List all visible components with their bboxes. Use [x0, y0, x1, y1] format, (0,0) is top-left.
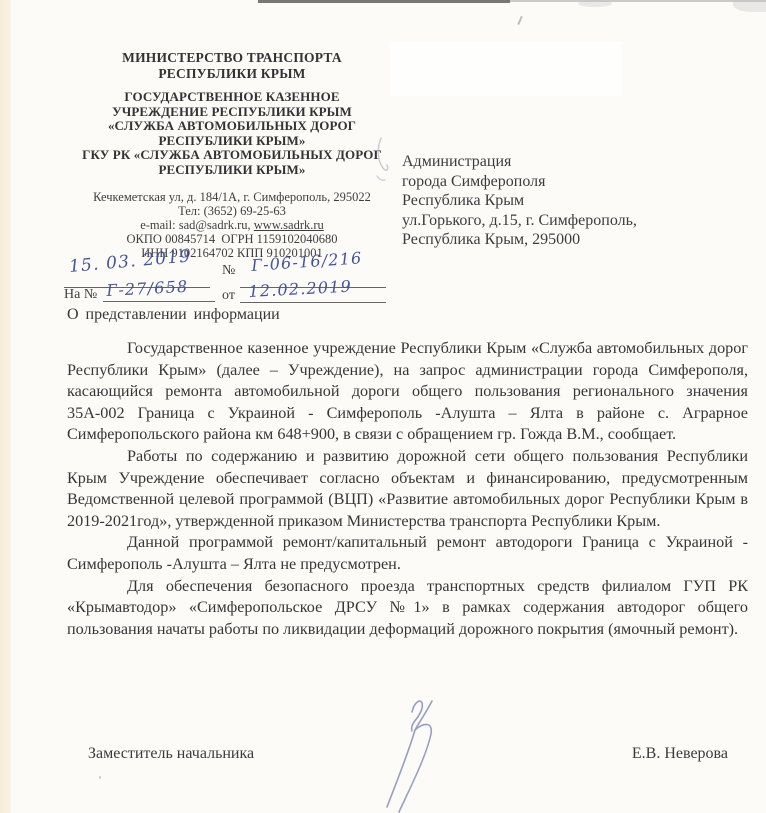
ministry-line: МИНИСТЕРСТВО ТРАНСПОРТА — [58, 50, 406, 66]
signer-position: Заместитель начальника — [67, 745, 254, 763]
handwritten-incoming-number: Г-27/658 — [106, 277, 189, 300]
phone-number: Тел: (3652) 69-25-63 — [58, 204, 406, 218]
organization-line: УЧРЕЖДЕНИЕ РЕСПУБЛИКИ КРЫМ — [58, 105, 406, 120]
organization-line: ГОСУДАРСТВЕННОЕ КАЗЕННОЕ — [58, 90, 406, 105]
from-date-label: от — [222, 288, 235, 304]
body-paragraph: Работы по содержанию и развитию дорожной… — [67, 446, 748, 532]
scan-edge-strip — [0, 0, 11, 813]
website-link: www.sadrk.ru — [254, 218, 324, 232]
scan-correction-patch — [390, 42, 622, 96]
body-paragraph: Государственное казенное учреждение Респ… — [67, 338, 748, 446]
email-line: e-mail: sad@sadrk.ru, www.sadrk.ru — [58, 218, 406, 232]
signer-name: Е.В. Неверова — [632, 745, 748, 763]
letterhead: МИНИСТЕРСТВО ТРАНСПОРТА РЕСПУБЛИКИ КРЫМ … — [58, 50, 406, 261]
scan-artifact-smudge — [733, 0, 766, 12]
email-address: e-mail: sad@sadrk.ru, — [140, 218, 254, 232]
scanned-letter-page: МИНИСТЕРСТВО ТРАНСПОРТА РЕСПУБЛИКИ КРЫМ … — [0, 0, 766, 813]
body-paragraph: Для обеспечения безопасного проезда тран… — [67, 576, 748, 641]
scan-artifact-top-line — [258, 0, 510, 3]
recipient-line: города Симферополя — [402, 172, 637, 192]
ruled-line — [240, 302, 386, 303]
scan-artifact-speck — [517, 16, 522, 25]
postal-address: Кечкеметская ул, д. 184/1А, г. Симферопо… — [58, 190, 406, 204]
ministry-line: РЕСПУБЛИКИ КРЫМ — [58, 66, 406, 82]
ministry-name: МИНИСТЕРСТВО ТРАНСПОРТА РЕСПУБЛИКИ КРЫМ — [58, 50, 406, 81]
scan-artifact-smudge — [578, 0, 612, 7]
scan-artifact-speck — [99, 776, 101, 779]
handwritten-incoming-date: 12.02.2019 — [248, 277, 352, 301]
stray-pen-mark — [374, 136, 396, 184]
letter-body: Государственное казенное учреждение Респ… — [67, 338, 748, 640]
recipient-line: Республика Крым — [402, 191, 637, 211]
okpo-ogrn-codes: ОКПО 00845714 ОГРН 1159102040680 — [58, 232, 406, 246]
organization-line: РЕСПУБЛИКИ КРЫМ» — [58, 163, 406, 178]
recipient-line: Республика Крым, 295000 — [402, 230, 637, 250]
organization-line: «СЛУЖБА АВТОМОБИЛЬНЫХ ДОРОГ — [58, 119, 406, 134]
organization-line: ГКУ РК «СЛУЖБА АВТОМОБИЛЬНЫХ ДОРОГ — [58, 148, 406, 163]
handwritten-signature — [368, 694, 450, 813]
number-sign-label: № — [222, 263, 235, 279]
recipient-address-block: Администрация города Симферополя Республ… — [402, 152, 637, 250]
body-paragraph: Данной программой ремонт/капитальный рем… — [67, 532, 748, 575]
scan-artifact-top-line-faint — [508, 0, 766, 2]
recipient-line: Администрация — [402, 152, 637, 172]
organization-line: РЕСПУБЛИКИ КРЫМ» — [58, 134, 406, 149]
subject-line: О представлении информации — [67, 306, 280, 324]
organization-name: ГОСУДАРСТВЕННОЕ КАЗЕННОЕ УЧРЕЖДЕНИЕ РЕСП… — [58, 90, 406, 178]
ruled-line — [103, 301, 215, 302]
incoming-number-label: На № — [64, 287, 97, 303]
recipient-line: ул.Горького, д.15, г. Симферополь, — [402, 211, 637, 231]
